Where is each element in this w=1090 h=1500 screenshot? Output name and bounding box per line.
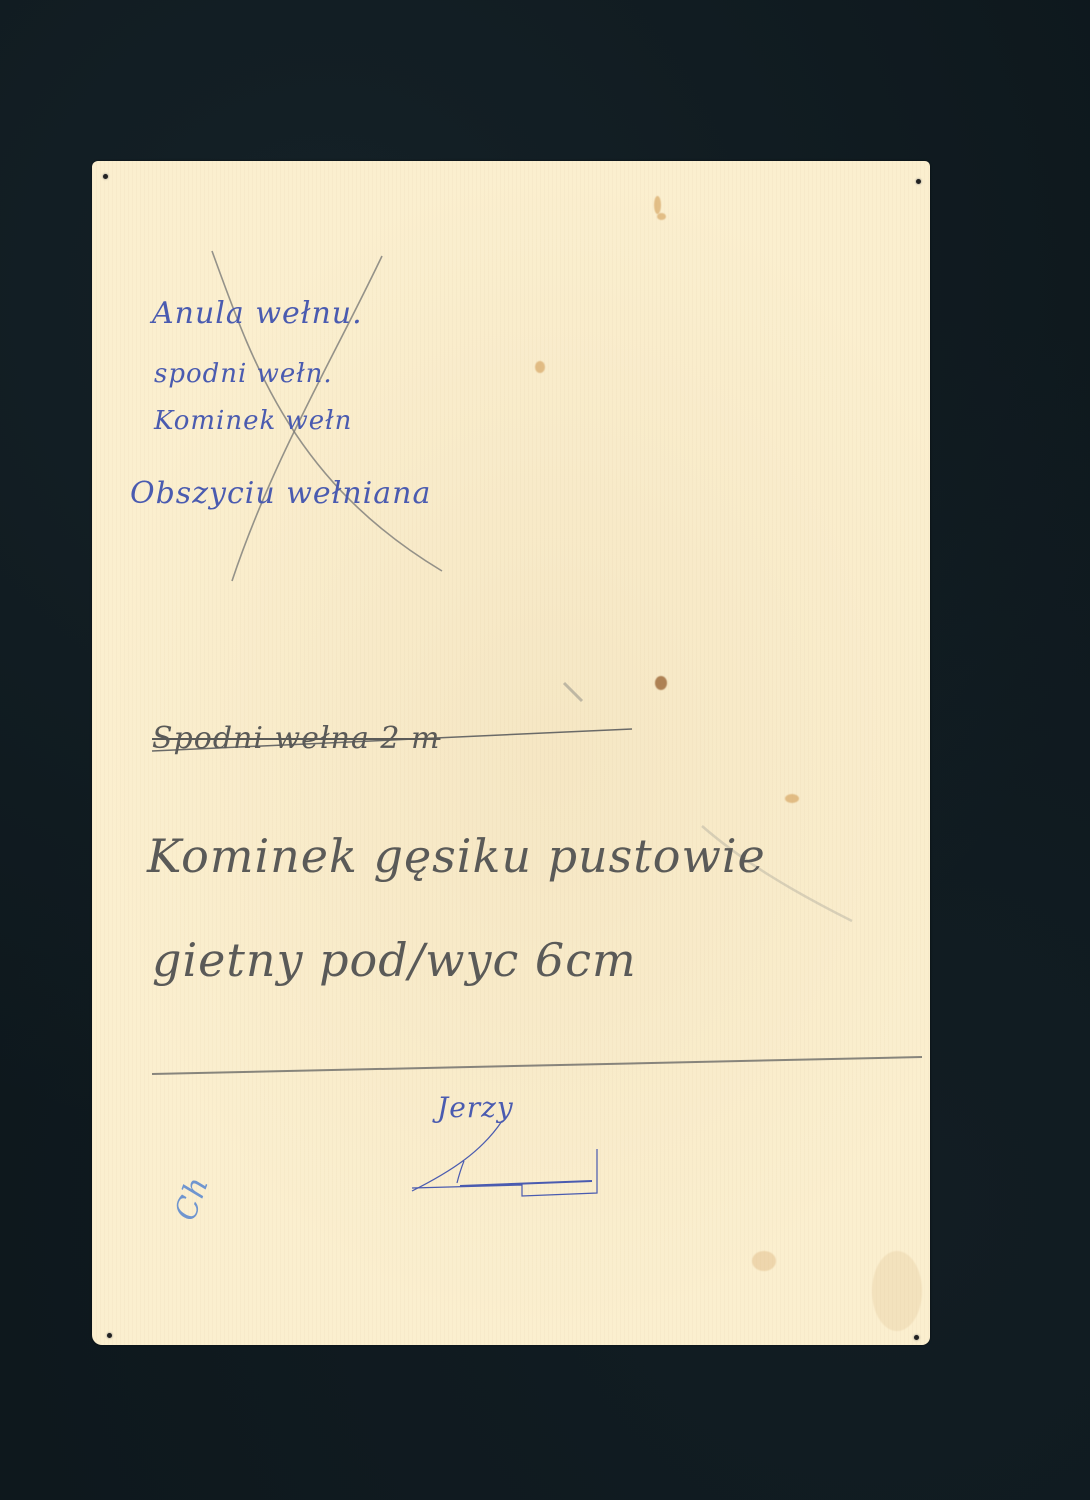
pencil-main-line-1: Kominek gęsiku pustowie: [147, 829, 766, 883]
ink-note-line-2: spodni wełn.: [154, 359, 333, 389]
photo-card-reverse: Anula wełnu. spodni wełn. Kominek wełn O…: [92, 161, 930, 1345]
ink-note-line-4: Obszyciu wełniana: [130, 476, 431, 511]
pencil-main-line-2: gietny pod/wyc 6cm: [152, 933, 637, 987]
ink-note-line-1: Anula wełnu.: [152, 296, 363, 331]
ink-signature: Jerzy: [437, 1091, 514, 1124]
ink-note-line-3: Kominek wełn: [154, 406, 352, 436]
pencil-struck-line: Spodni wełna 2 m: [152, 721, 440, 756]
